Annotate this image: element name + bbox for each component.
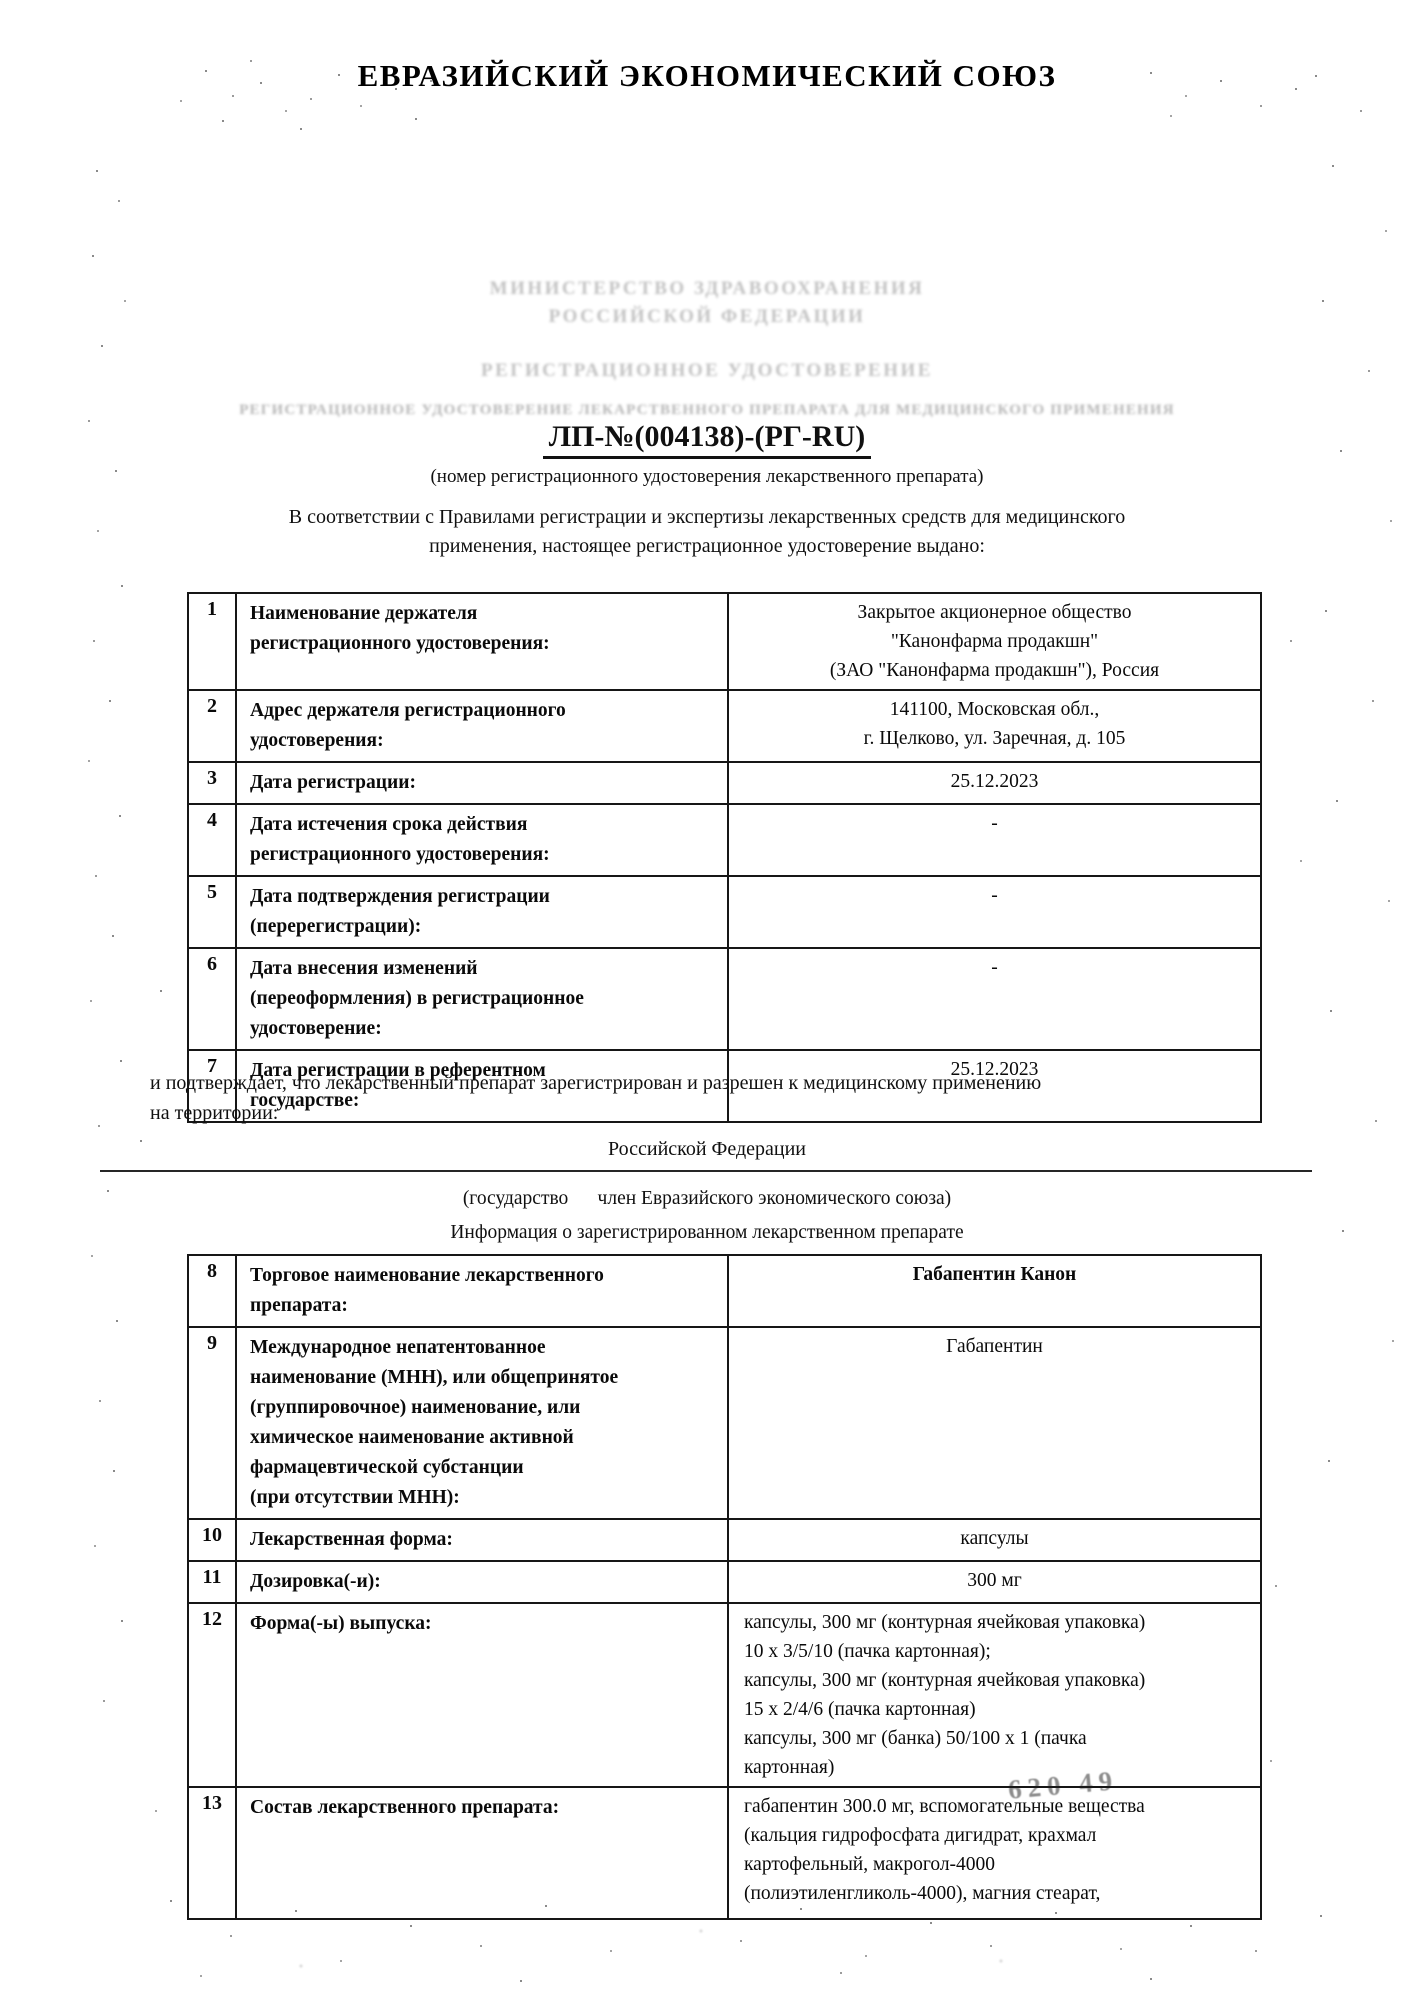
faded-stamp-line: РЕГИСТРАЦИОННОЕ УДОСТОВЕРЕНИЕ ЛЕКАРСТВЕН… <box>0 402 1414 419</box>
product-table: 8 Торговое наименование лекарственного п… <box>187 1254 1262 1920</box>
scanned-certificate-page: ЕВРАЗИЙСКИЙ ЭКОНОМИЧЕСКИЙ СОЮЗ МИНИСТЕРС… <box>0 0 1414 2000</box>
table-row: 5 Дата подтверждения регистрации (перере… <box>188 876 1261 948</box>
row-label: Адрес держателя регистрационного удостов… <box>236 690 728 762</box>
row-label: Лекарственная форма: <box>236 1519 728 1561</box>
row-number: 3 <box>188 762 236 804</box>
intro-paragraph: В соответствии с Правилами регистрации и… <box>0 503 1414 561</box>
table-row: 11 Дозировка(-и): 300 мг <box>188 1561 1261 1603</box>
row-label: Дата подтверждения регистрации (перереги… <box>236 876 728 948</box>
row-value: капсулы <box>728 1519 1261 1561</box>
table-row: 4 Дата истечения срока действия регистра… <box>188 804 1261 876</box>
table-row: 3 Дата регистрации: 25.12.2023 <box>188 762 1261 804</box>
row-value: - <box>728 876 1261 948</box>
table-row: 12 Форма(-ы) выпуска: капсулы, 300 мг (к… <box>188 1603 1261 1787</box>
row-number: 1 <box>188 593 236 690</box>
row-label: Наименование держателя регистрационного … <box>236 593 728 690</box>
row-value: Габапентин Канон <box>728 1255 1261 1327</box>
row-value: 300 мг <box>728 1561 1261 1603</box>
page-title: ЕВРАЗИЙСКИЙ ЭКОНОМИЧЕСКИЙ СОЮЗ <box>0 58 1414 94</box>
info-section-heading: Информация о зарегистрированном лекарств… <box>0 1222 1414 1244</box>
territory-underline <box>100 1170 1312 1172</box>
row-number: 11 <box>188 1561 236 1603</box>
scan-noise-bands <box>0 0 2 2</box>
faded-stamp-line: РЕГИСТРАЦИОННОЕ УДОСТОВЕРЕНИЕ <box>0 360 1414 382</box>
holder-table: 1 Наименование держателя регистрационног… <box>187 592 1262 1123</box>
row-value: капсулы, 300 мг (контурная ячейковая упа… <box>728 1603 1261 1787</box>
row-value: Габапентин <box>728 1327 1261 1519</box>
row-label: Дозировка(-и): <box>236 1561 728 1603</box>
row-label: Состав лекарственного препарата: <box>236 1787 728 1919</box>
row-number: 9 <box>188 1327 236 1519</box>
row-value: габапентин 300.0 мг, вспомогательные вещ… <box>728 1787 1261 1919</box>
registration-number-row: ЛП-№(004138)-(РГ-RU) <box>0 420 1414 459</box>
row-number: 10 <box>188 1519 236 1561</box>
row-label: Торговое наименование лекарственного пре… <box>236 1255 728 1327</box>
row-value: Закрытое акционерное общество "Канонфарм… <box>728 593 1261 690</box>
row-number: 13 <box>188 1787 236 1919</box>
row-label: Дата истечения срока действия регистраци… <box>236 804 728 876</box>
table-row: 10 Лекарственная форма: капсулы <box>188 1519 1261 1561</box>
row-label: Международное непатентованное наименован… <box>236 1327 728 1519</box>
row-value: - <box>728 948 1261 1050</box>
row-number: 2 <box>188 690 236 762</box>
faded-stamp-line: МИНИСТЕРСТВО ЗДРАВООХРАНЕНИЯ <box>0 278 1414 300</box>
row-number: 6 <box>188 948 236 1050</box>
table-row: 1 Наименование держателя регистрационног… <box>188 593 1261 690</box>
row-number: 5 <box>188 876 236 948</box>
row-number: 12 <box>188 1603 236 1787</box>
row-number: 4 <box>188 804 236 876</box>
row-number: 8 <box>188 1255 236 1327</box>
territory-name: Российской Федерации <box>0 1138 1414 1161</box>
row-label: Форма(-ы) выпуска: <box>236 1603 728 1787</box>
row-value: - <box>728 804 1261 876</box>
registration-number: ЛП-№(004138)-(РГ-RU) <box>543 420 872 459</box>
table-row: 8 Торговое наименование лекарственного п… <box>188 1255 1261 1327</box>
table-row: 13 Состав лекарственного препарата: габа… <box>188 1787 1261 1919</box>
row-value: 25.12.2023 <box>728 762 1261 804</box>
registration-number-caption: (номер регистрационного удостоверения ле… <box>0 466 1414 488</box>
faded-stamp-line: РОССИЙСКОЙ ФЕДЕРАЦИИ <box>0 306 1414 328</box>
row-label: Дата внесения изменений (переоформления)… <box>236 948 728 1050</box>
table-row: 6 Дата внесения изменений (переоформлени… <box>188 948 1261 1050</box>
table-row: 2 Адрес держателя регистрационного удост… <box>188 690 1261 762</box>
confirmation-text: и подтверждает, что лекарственный препар… <box>150 1068 1300 1128</box>
territory-caption: (государство член Евразийского экономиче… <box>0 1188 1414 1210</box>
row-value: 141100, Московская обл., г. Щелково, ул.… <box>728 690 1261 762</box>
row-label: Дата регистрации: <box>236 762 728 804</box>
table-row: 9 Международное непатентованное наименов… <box>188 1327 1261 1519</box>
